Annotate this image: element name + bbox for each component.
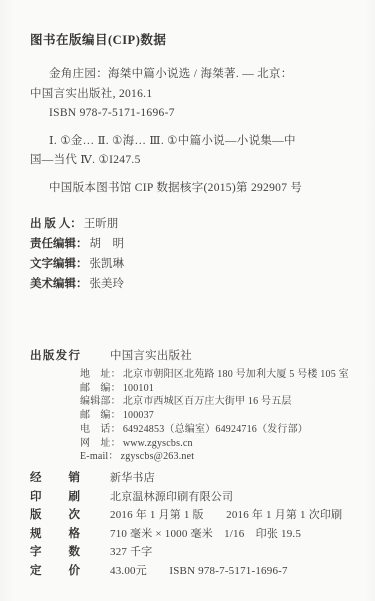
detail-row-address: 地 址： 北京市朝阳区北苑路 180 号加利大厦 5 号楼 105 室	[30, 368, 359, 382]
row-price: 定价 43.00元 ISBN 978-7-5171-1696-7	[30, 562, 359, 581]
publisher-row: 出版发行 中国言实出版社	[30, 348, 359, 364]
row-value: 新华书店	[110, 469, 155, 488]
cip-header: 图书在版编目(CIP)数据	[30, 30, 359, 48]
staff-block: 出 版 人： 王昕朋 责任编辑： 胡 明 文字编辑： 张凯琳 美术编辑： 张美玲	[30, 214, 359, 294]
staff-row-text-editor: 文字编辑： 张凯琳	[30, 254, 359, 274]
row-printing: 印刷 北京温林源印刷有限公司	[30, 488, 359, 507]
staff-value: 王昕朋	[84, 214, 119, 234]
row-format: 规格 710 毫米 × 1000 毫米 1/16 印张 19.5	[30, 525, 359, 544]
detail-row-postcode-2: 邮 编： 100037	[30, 409, 359, 423]
cip-block: 金角庄园：海桀中篇小说选 / 海桀著. — 北京： 中国言实出版社, 2016.…	[30, 65, 359, 124]
detail-row-phone: 电 话： 64924853（总编室）64924716（发行部）	[30, 423, 359, 437]
classification-line-1: Ⅰ. ①金… Ⅱ. ①海… Ⅲ. ①中篇小说—小说集—中	[30, 132, 359, 152]
staff-label: 文字编辑：	[30, 254, 88, 274]
row-label: 印刷	[30, 488, 80, 507]
detail-row-email: E-mail： zgyscbs@263.net	[30, 450, 359, 464]
detail-label: 邮 编：	[80, 409, 121, 423]
detail-value: zgyscbs@263.net	[121, 450, 195, 464]
cip-isbn-line: ISBN 978-7-5171-1696-7	[30, 104, 359, 124]
row-edition: 版次 2016 年 1 月第 1 版 2016 年 1 月第 1 次印刷	[30, 506, 359, 525]
detail-row-editorial-dept: 编辑部： 北京市西城区百万庄大街甲 16 号五层	[30, 395, 359, 409]
detail-value: www.zgyscbs.cn	[123, 437, 193, 451]
cip-publisher-line: 中国言实出版社, 2016.1	[30, 85, 359, 105]
publishing-block: 出版发行 中国言实出版社 地 址： 北京市朝阳区北苑路 180 号加利大厦 5 …	[30, 348, 359, 580]
detail-label: 邮 编：	[80, 382, 121, 396]
detail-label: 网 址：	[80, 437, 121, 451]
staff-label: 出 版 人：	[30, 214, 82, 234]
classification-line-2: 国—当代 Ⅳ. ①I247.5	[30, 151, 359, 171]
book-copyright-page: 图书在版编目(CIP)数据 金角庄园：海桀中篇小说选 / 海桀著. — 北京： …	[0, 0, 375, 601]
detail-value: 北京市朝阳区北苑路 180 号加利大厦 5 号楼 105 室	[123, 368, 349, 382]
row-value: 327 千字	[110, 543, 152, 562]
detail-value: 100037	[123, 409, 154, 423]
row-value: 710 毫米 × 1000 毫米 1/16 印张 19.5	[110, 525, 301, 544]
row-label: 定价	[30, 562, 80, 581]
row-label: 规格	[30, 525, 80, 544]
detail-value: 100101	[123, 382, 154, 396]
publisher-row-value: 中国言实出版社	[110, 348, 192, 364]
detail-value: 64924853（总编室）64924716（发行部）	[123, 423, 308, 437]
staff-label: 美术编辑：	[30, 274, 88, 294]
row-label: 版次	[30, 506, 80, 525]
row-value: 2016 年 1 月第 1 版 2016 年 1 月第 1 次印刷	[110, 506, 342, 525]
detail-row-website: 网 址： www.zgyscbs.cn	[30, 437, 359, 451]
staff-row-publisher-person: 出 版 人： 王昕朋	[30, 214, 359, 234]
detail-row-postcode-1: 邮 编： 100101	[30, 382, 359, 396]
classification-block: Ⅰ. ①金… Ⅱ. ①海… Ⅲ. ①中篇小说—小说集—中 国—当代 Ⅳ. ①I2…	[30, 132, 359, 171]
staff-value: 张凯琳	[90, 254, 125, 274]
cip-title-line: 金角庄园：海桀中篇小说选 / 海桀著. — 北京：	[30, 65, 359, 85]
cip-record-number: 中国版本图书馆 CIP 数据核字(2015)第 292907 号	[30, 179, 359, 199]
publisher-details: 地 址： 北京市朝阳区北苑路 180 号加利大厦 5 号楼 105 室 邮 编：…	[30, 368, 359, 464]
detail-label: 电 话：	[80, 423, 121, 437]
detail-value: 北京市西城区百万庄大街甲 16 号五层	[123, 395, 292, 409]
row-distribution: 经销 新华书店	[30, 469, 359, 488]
row-value: 43.00元 ISBN 978-7-5171-1696-7	[110, 562, 288, 581]
detail-label: 编辑部：	[80, 395, 121, 409]
row-label: 经销	[30, 469, 80, 488]
staff-row-responsible-editor: 责任编辑： 胡 明	[30, 234, 359, 254]
publisher-row-label: 出版发行	[30, 348, 80, 364]
staff-label: 责任编辑：	[30, 234, 88, 254]
row-label: 字数	[30, 543, 80, 562]
row-word-count: 字数 327 千字	[30, 543, 359, 562]
staff-value: 胡 明	[90, 234, 125, 254]
detail-label: E-mail：	[80, 450, 119, 464]
staff-value: 张美玲	[90, 274, 125, 294]
detail-label: 地 址：	[80, 368, 121, 382]
staff-row-art-editor: 美术编辑： 张美玲	[30, 274, 359, 294]
row-value: 北京温林源印刷有限公司	[110, 488, 233, 507]
